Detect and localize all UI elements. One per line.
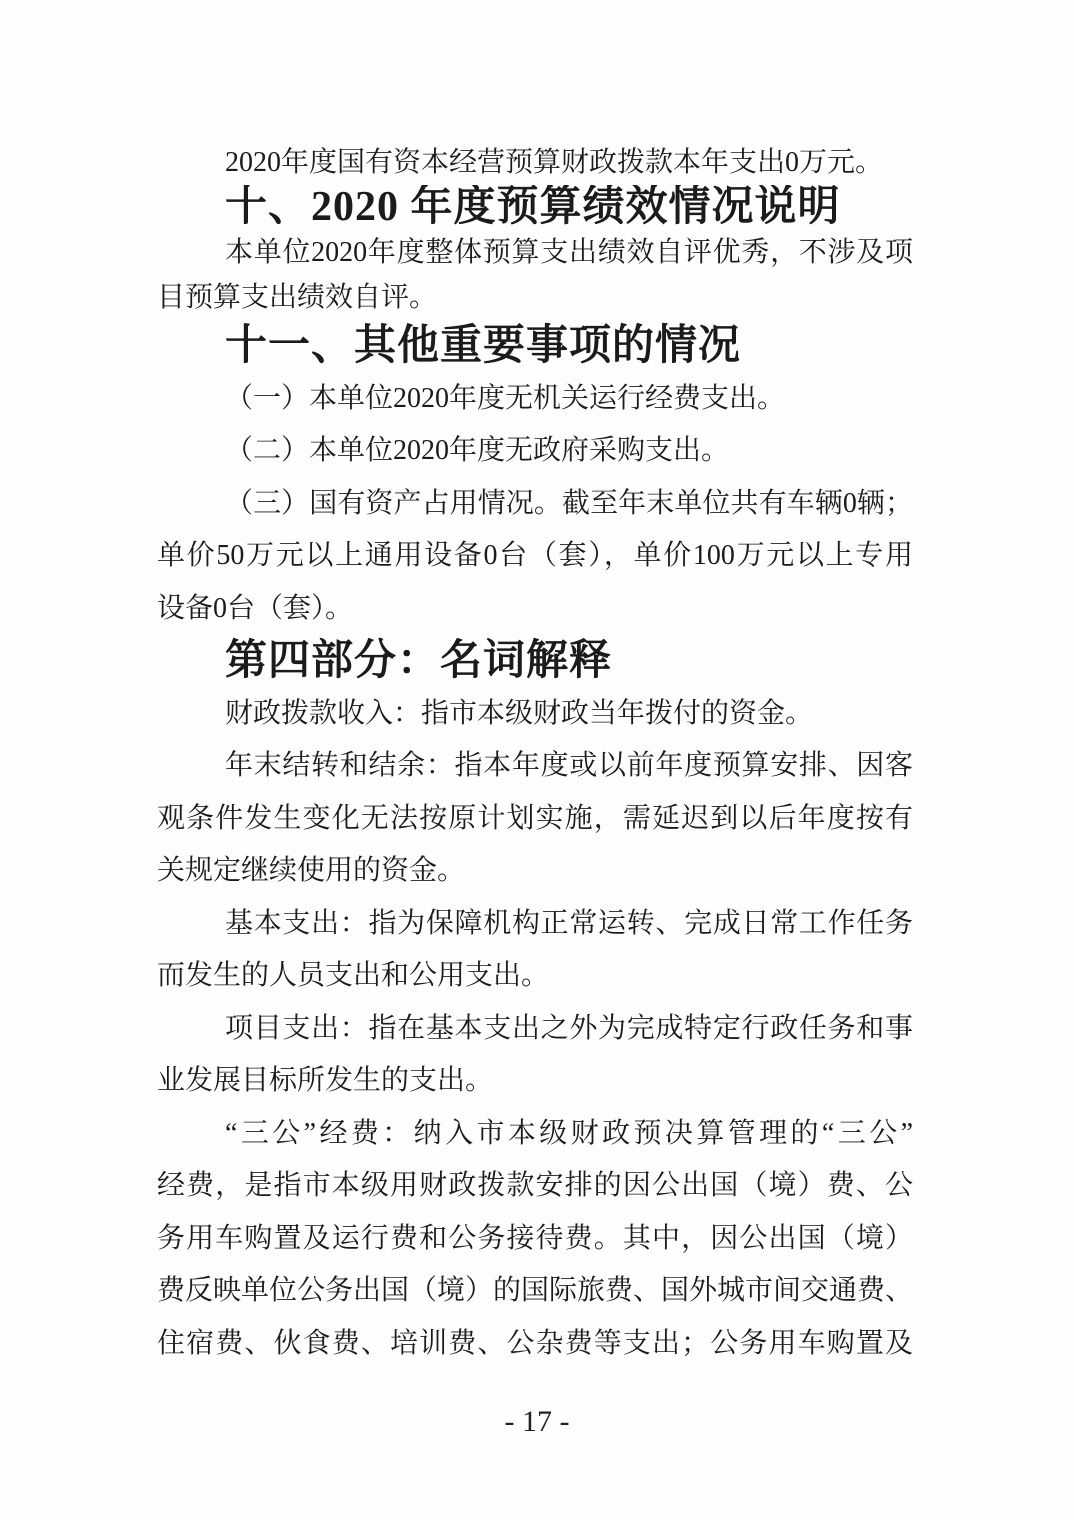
heading-line: 十一、其他重要事项的情况 [157,320,913,373]
text-line: 住宿费、伙食费、培训费、公杂费等支出；公务用车购置及 [157,1318,913,1371]
text-line: （一）本单位2020年度无机关运行经费支出。 [157,373,913,426]
paragraph-def-project-expenditure: 项目支出：指在基本支出之外为完成特定行政任务和事 业发展目标所发生的支出。 [157,1003,913,1108]
paragraph-performance-self-evaluation: 本单位2020年度整体预算支出绩效自评优秀，不涉及项 目预算支出绩效自评。 [157,230,913,320]
paragraph-def-fiscal-appropriation-income: 财政拨款收入：指市本级财政当年拨付的资金。 [157,688,913,741]
text-line: 项目支出：指在基本支出之外为完成特定行政任务和事 [157,1003,913,1056]
text-line: 观条件发生变化无法按原计划实施，需延迟到以后年度按有 [157,793,913,846]
text-line: （三）国有资产占用情况。截至年末单位共有车辆0辆； [157,478,913,531]
document-page: 2020年度国有资本经营预算财政拨款本年支出0万元。 十、2020 年度预算绩效… [0,0,1074,1520]
text-line: 财政拨款收入：指市本级财政当年拨付的资金。 [157,688,913,741]
text-line: “三公”经费：纳入市本级财政预决算管理的“三公” [157,1108,913,1161]
text-line: 经费，是指市本级用财政拨款安排的因公出国（境）费、公 [157,1160,913,1213]
text-line: 设备0台（套）。 [157,583,913,636]
section-heading-10-budget-performance: 十、2020 年度预算绩效情况说明 [157,185,913,230]
text-line: 费反映单位公务出国（境）的国际旅费、国外城市间交通费、 [157,1265,913,1318]
section-heading-part4-glossary: 第四部分：名词解释 [157,635,913,688]
paragraph-state-capital-expenditure: 2020年度国有资本经营预算财政拨款本年支出0万元。 [157,140,913,185]
text-line: 单价50万元以上通用设备0台（套），单价100万元以上专用 [157,530,913,583]
page-number: - 17 - [505,1405,570,1438]
document-body: 2020年度国有资本经营预算财政拨款本年支出0万元。 十、2020 年度预算绩效… [157,140,913,1370]
paragraph-def-basic-expenditure: 基本支出：指为保障机构正常运转、完成日常工作任务 而发生的人员支出和公用支出。 [157,898,913,1003]
paragraph-item-1-operating-expenses: （一）本单位2020年度无机关运行经费支出。 [157,373,913,426]
text-line: （二）本单位2020年度无政府采购支出。 [157,425,913,478]
text-line: 关规定继续使用的资金。 [157,845,913,898]
heading-line: 十、2020 年度预算绩效情况说明 [157,185,913,230]
text-line: 业发展目标所发生的支出。 [157,1055,913,1108]
section-heading-11-other-important-matters: 十一、其他重要事项的情况 [157,320,913,373]
paragraph-def-three-public-funds: “三公”经费：纳入市本级财政预决算管理的“三公” 经费，是指市本级用财政拨款安排… [157,1108,913,1371]
text-line: 2020年度国有资本经营预算财政拨款本年支出0万元。 [157,140,913,185]
text-line: 而发生的人员支出和公用支出。 [157,950,913,1003]
paragraph-item-3-state-assets: （三）国有资产占用情况。截至年末单位共有车辆0辆； 单价50万元以上通用设备0台… [157,478,913,636]
text-line: 年末结转和结余：指本年度或以前年度预算安排、因客 [157,740,913,793]
page-footer: - 17 - [0,1402,1074,1442]
text-line: 本单位2020年度整体预算支出绩效自评优秀，不涉及项 [157,230,913,275]
text-line: 基本支出：指为保障机构正常运转、完成日常工作任务 [157,898,913,951]
paragraph-def-year-end-carryover: 年末结转和结余：指本年度或以前年度预算安排、因客 观条件发生变化无法按原计划实施… [157,740,913,898]
paragraph-item-2-government-procurement: （二）本单位2020年度无政府采购支出。 [157,425,913,478]
text-line: 目预算支出绩效自评。 [157,275,913,320]
heading-line: 第四部分：名词解释 [157,635,913,688]
text-line: 务用车购置及运行费和公务接待费。其中，因公出国（境） [157,1213,913,1266]
